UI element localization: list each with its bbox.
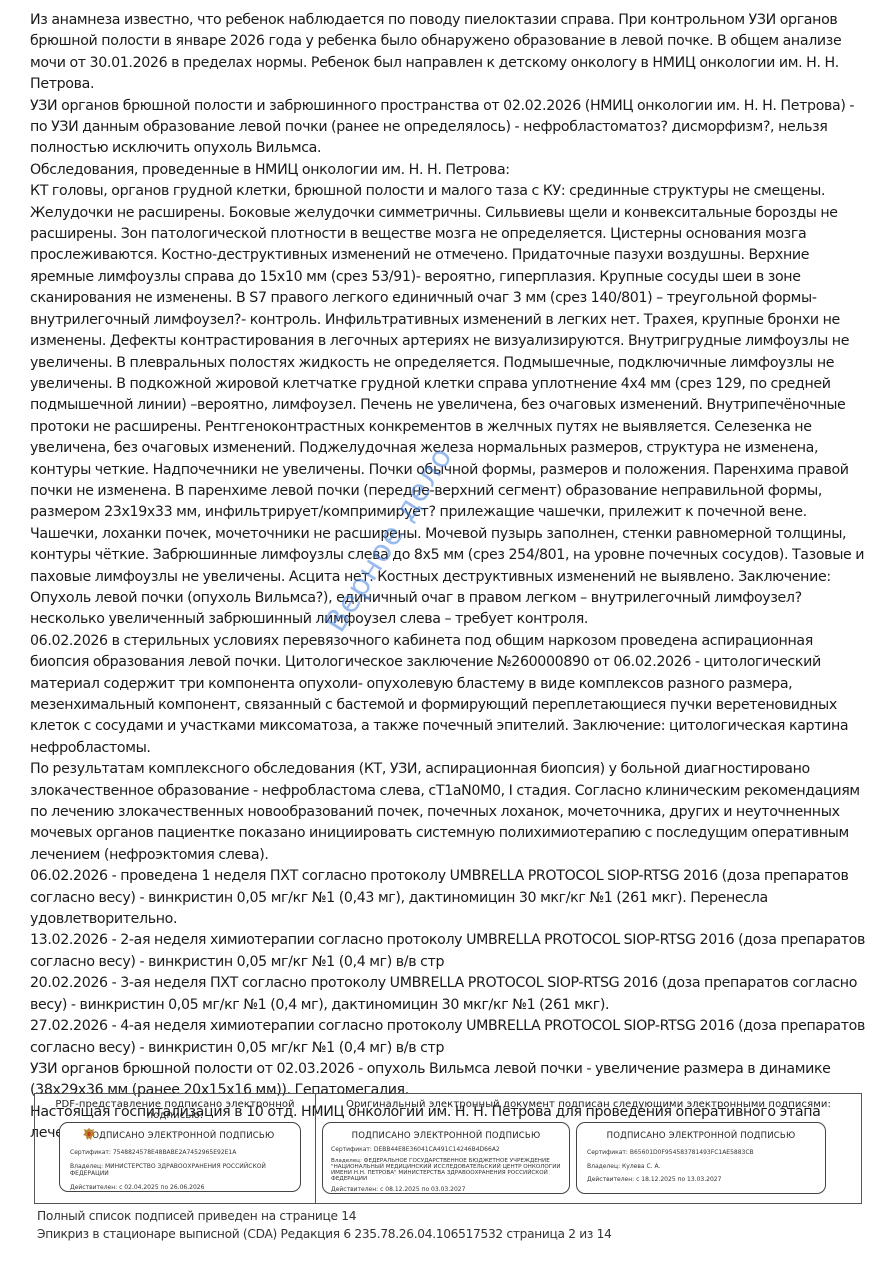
signature-validity: Действителен: с 02.04.2025 по 26.06.2026 <box>70 1184 290 1192</box>
signature-owner: Владелец: ФЕДЕРАЛЬНОЕ ГОСУДАРСТВЕННОЕ БЮ… <box>331 1158 561 1183</box>
page-footer: Полный список подписей приведен на стран… <box>37 1207 612 1243</box>
ct-paragraph: КТ головы, органов грудной клетки, брюшн… <box>30 181 870 631</box>
signature-validity: Действителен: с 08.12.2025 по 03.03.2027 <box>331 1186 561 1194</box>
chemo-week2-paragraph: 13.02.2026 - 2-ая неделя химиотерапии со… <box>30 930 870 973</box>
original-signature-column: Оригинальный электронный документ подпис… <box>316 1094 861 1203</box>
signature-owner: Владелец: Кулева С. А. <box>587 1163 815 1171</box>
document-page-info: Эпикриз в стационаре выписной (CDA) Реда… <box>37 1225 612 1243</box>
chemo-week4-paragraph: 27.02.2026 - 4-ая неделя химиотерапии со… <box>30 1016 870 1059</box>
pdf-signature-column: PDF-представление подписано электронной … <box>35 1094 316 1203</box>
chemo-week1-paragraph: 06.02.2026 - проведена 1 неделя ПХТ согл… <box>30 866 870 930</box>
chemo-week3-paragraph: 20.02.2026 - 3-ая неделя ПХТ согласно пр… <box>30 973 870 1016</box>
signature-card: ПОДПИСАНО ЭЛЕКТРОННОЙ ПОДПИСЬЮ Сертифика… <box>59 1122 301 1192</box>
certificate-id: Сертификат: 7548824578E48BABE2A7452965E9… <box>70 1149 290 1157</box>
signature-card: ПОДПИСАНО ЭЛЕКТРОННОЙ ПОДПИСЬЮ Сертифика… <box>322 1122 570 1194</box>
signature-card-title: ПОДПИСАНО ЭЛЕКТРОННОЙ ПОДПИСЬЮ <box>331 1131 561 1141</box>
original-signature-heading: Оригинальный электронный документ подпис… <box>316 1099 861 1110</box>
examinations-heading: Обследования, проведенные в НМИЦ онколог… <box>30 160 870 181</box>
signature-card: ПОДПИСАНО ЭЛЕКТРОННОЙ ПОДПИСЬЮ Сертифика… <box>576 1122 826 1194</box>
coat-of-arms-icon <box>82 1127 96 1141</box>
certificate-id: Сертификат: B65601D0F954583781493FC1AE58… <box>587 1149 815 1157</box>
anamnesis-paragraph: Из анамнеза известно, что ребенок наблюд… <box>30 10 870 96</box>
certificate-id: Сертификат: DEBB44E8E36041CA491C14246B4D… <box>331 1146 561 1154</box>
ultrasound-paragraph: УЗИ органов брюшной полости и забрюшинно… <box>30 96 870 160</box>
signature-list-note: Полный список подписей приведен на стран… <box>37 1207 612 1225</box>
signature-card-title: ПОДПИСАНО ЭЛЕКТРОННОЙ ПОДПИСЬЮ <box>587 1131 815 1141</box>
diagnosis-paragraph: По результатам комплексного обследования… <box>30 759 870 866</box>
signature-owner: Владелец: МИНИСТЕРСТВО ЗДРАВООХРАНЕНИЯ Р… <box>70 1163 290 1178</box>
biopsy-paragraph: 06.02.2026 в стерильных условиях перевяз… <box>30 631 870 759</box>
signature-block: PDF-представление подписано электронной … <box>34 1093 862 1204</box>
signature-card-title: ПОДПИСАНО ЭЛЕКТРОННОЙ ПОДПИСЬЮ <box>70 1131 290 1141</box>
signature-validity: Действителен: с 18.12.2025 по 13.03.2027 <box>587 1176 815 1184</box>
pdf-signature-heading: PDF-представление подписано электронной … <box>35 1099 315 1121</box>
document-body: Из анамнеза известно, что ребенок наблюд… <box>30 10 870 1145</box>
